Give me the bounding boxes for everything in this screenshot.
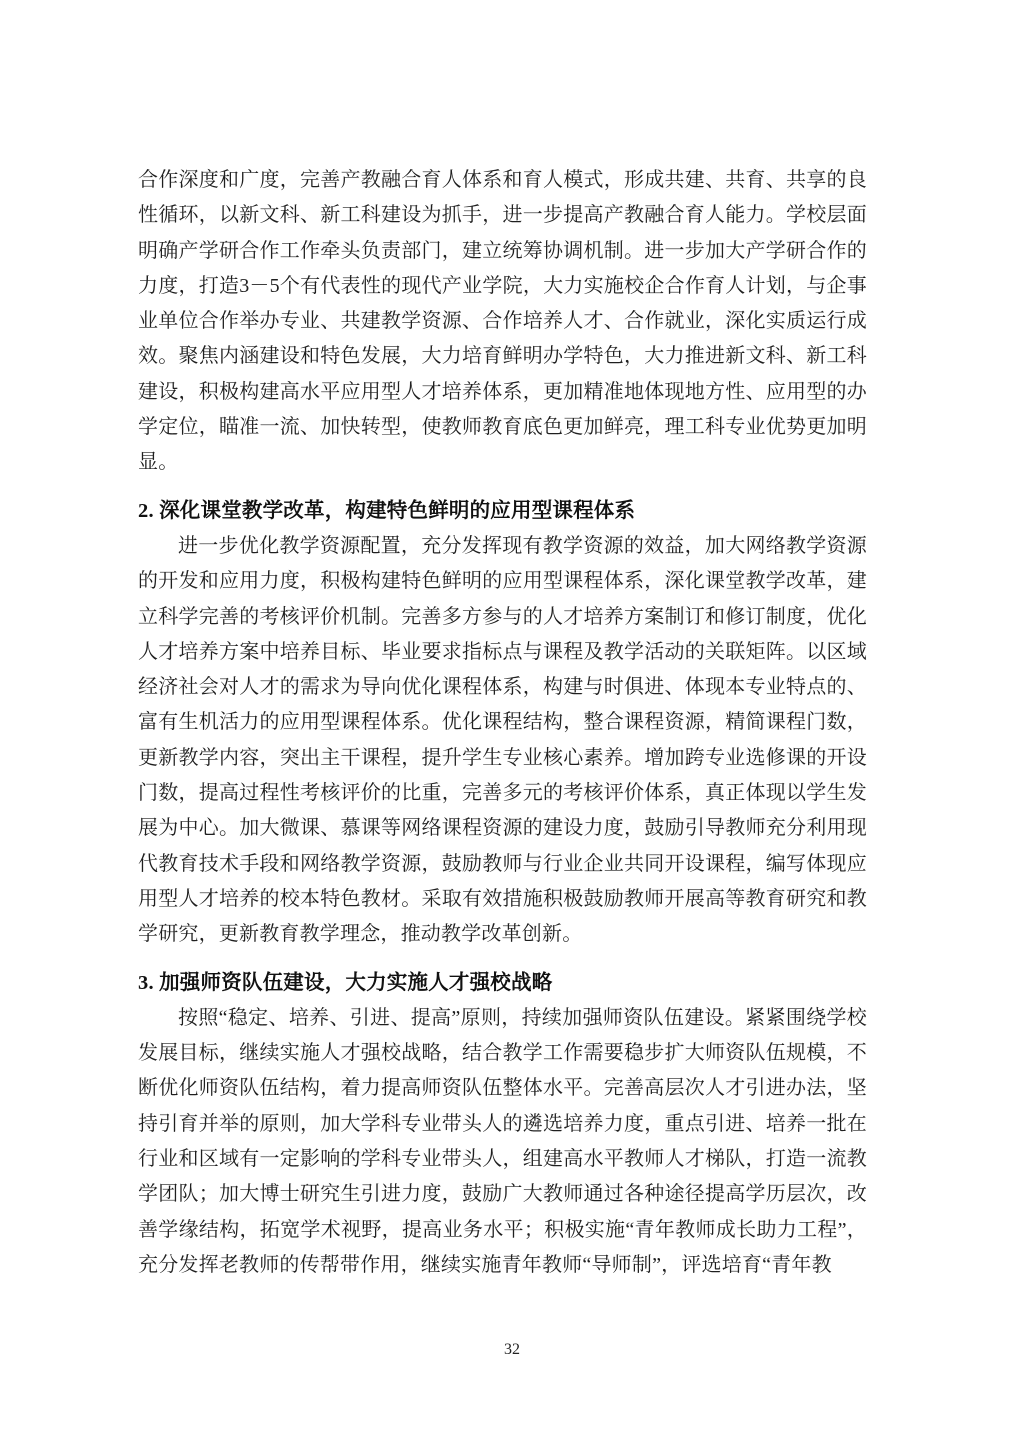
section-heading: 3. 加强师资队伍建设，大力实施人才强校战略 [138,965,867,1001]
section-title: 加强师资队伍建设，大力实施人才强校战略 [159,971,552,994]
paragraph: 进一步优化教学资源配置，充分发挥现有教学资源的效益，加大网络教学资源的开发和应用… [138,529,867,953]
page-number: 32 [0,1341,1024,1359]
section-title: 深化课堂教学改革，构建特色鲜明的应用型课程体系 [159,499,635,522]
section-heading: 2. 深化课堂教学改革，构建特色鲜明的应用型课程体系 [138,493,867,529]
paragraph: 按照“稳定、培养、引进、提高”原则，持续加强师资队伍建设。紧紧围绕学校发展目标，… [138,1001,867,1283]
section-number: 3. [138,972,159,994]
document-page: 合作深度和广度，完善产教融合育人体系和育人模式，形成共建、共育、共享的良性循环，… [0,0,1024,1448]
section-number: 2. [138,500,159,522]
paragraph: 合作深度和广度，完善产教融合育人体系和育人模式，形成共建、共育、共享的良性循环，… [138,163,867,481]
document-body: 合作深度和广度，完善产教融合育人体系和育人模式，形成共建、共育、共享的良性循环，… [138,163,867,1283]
